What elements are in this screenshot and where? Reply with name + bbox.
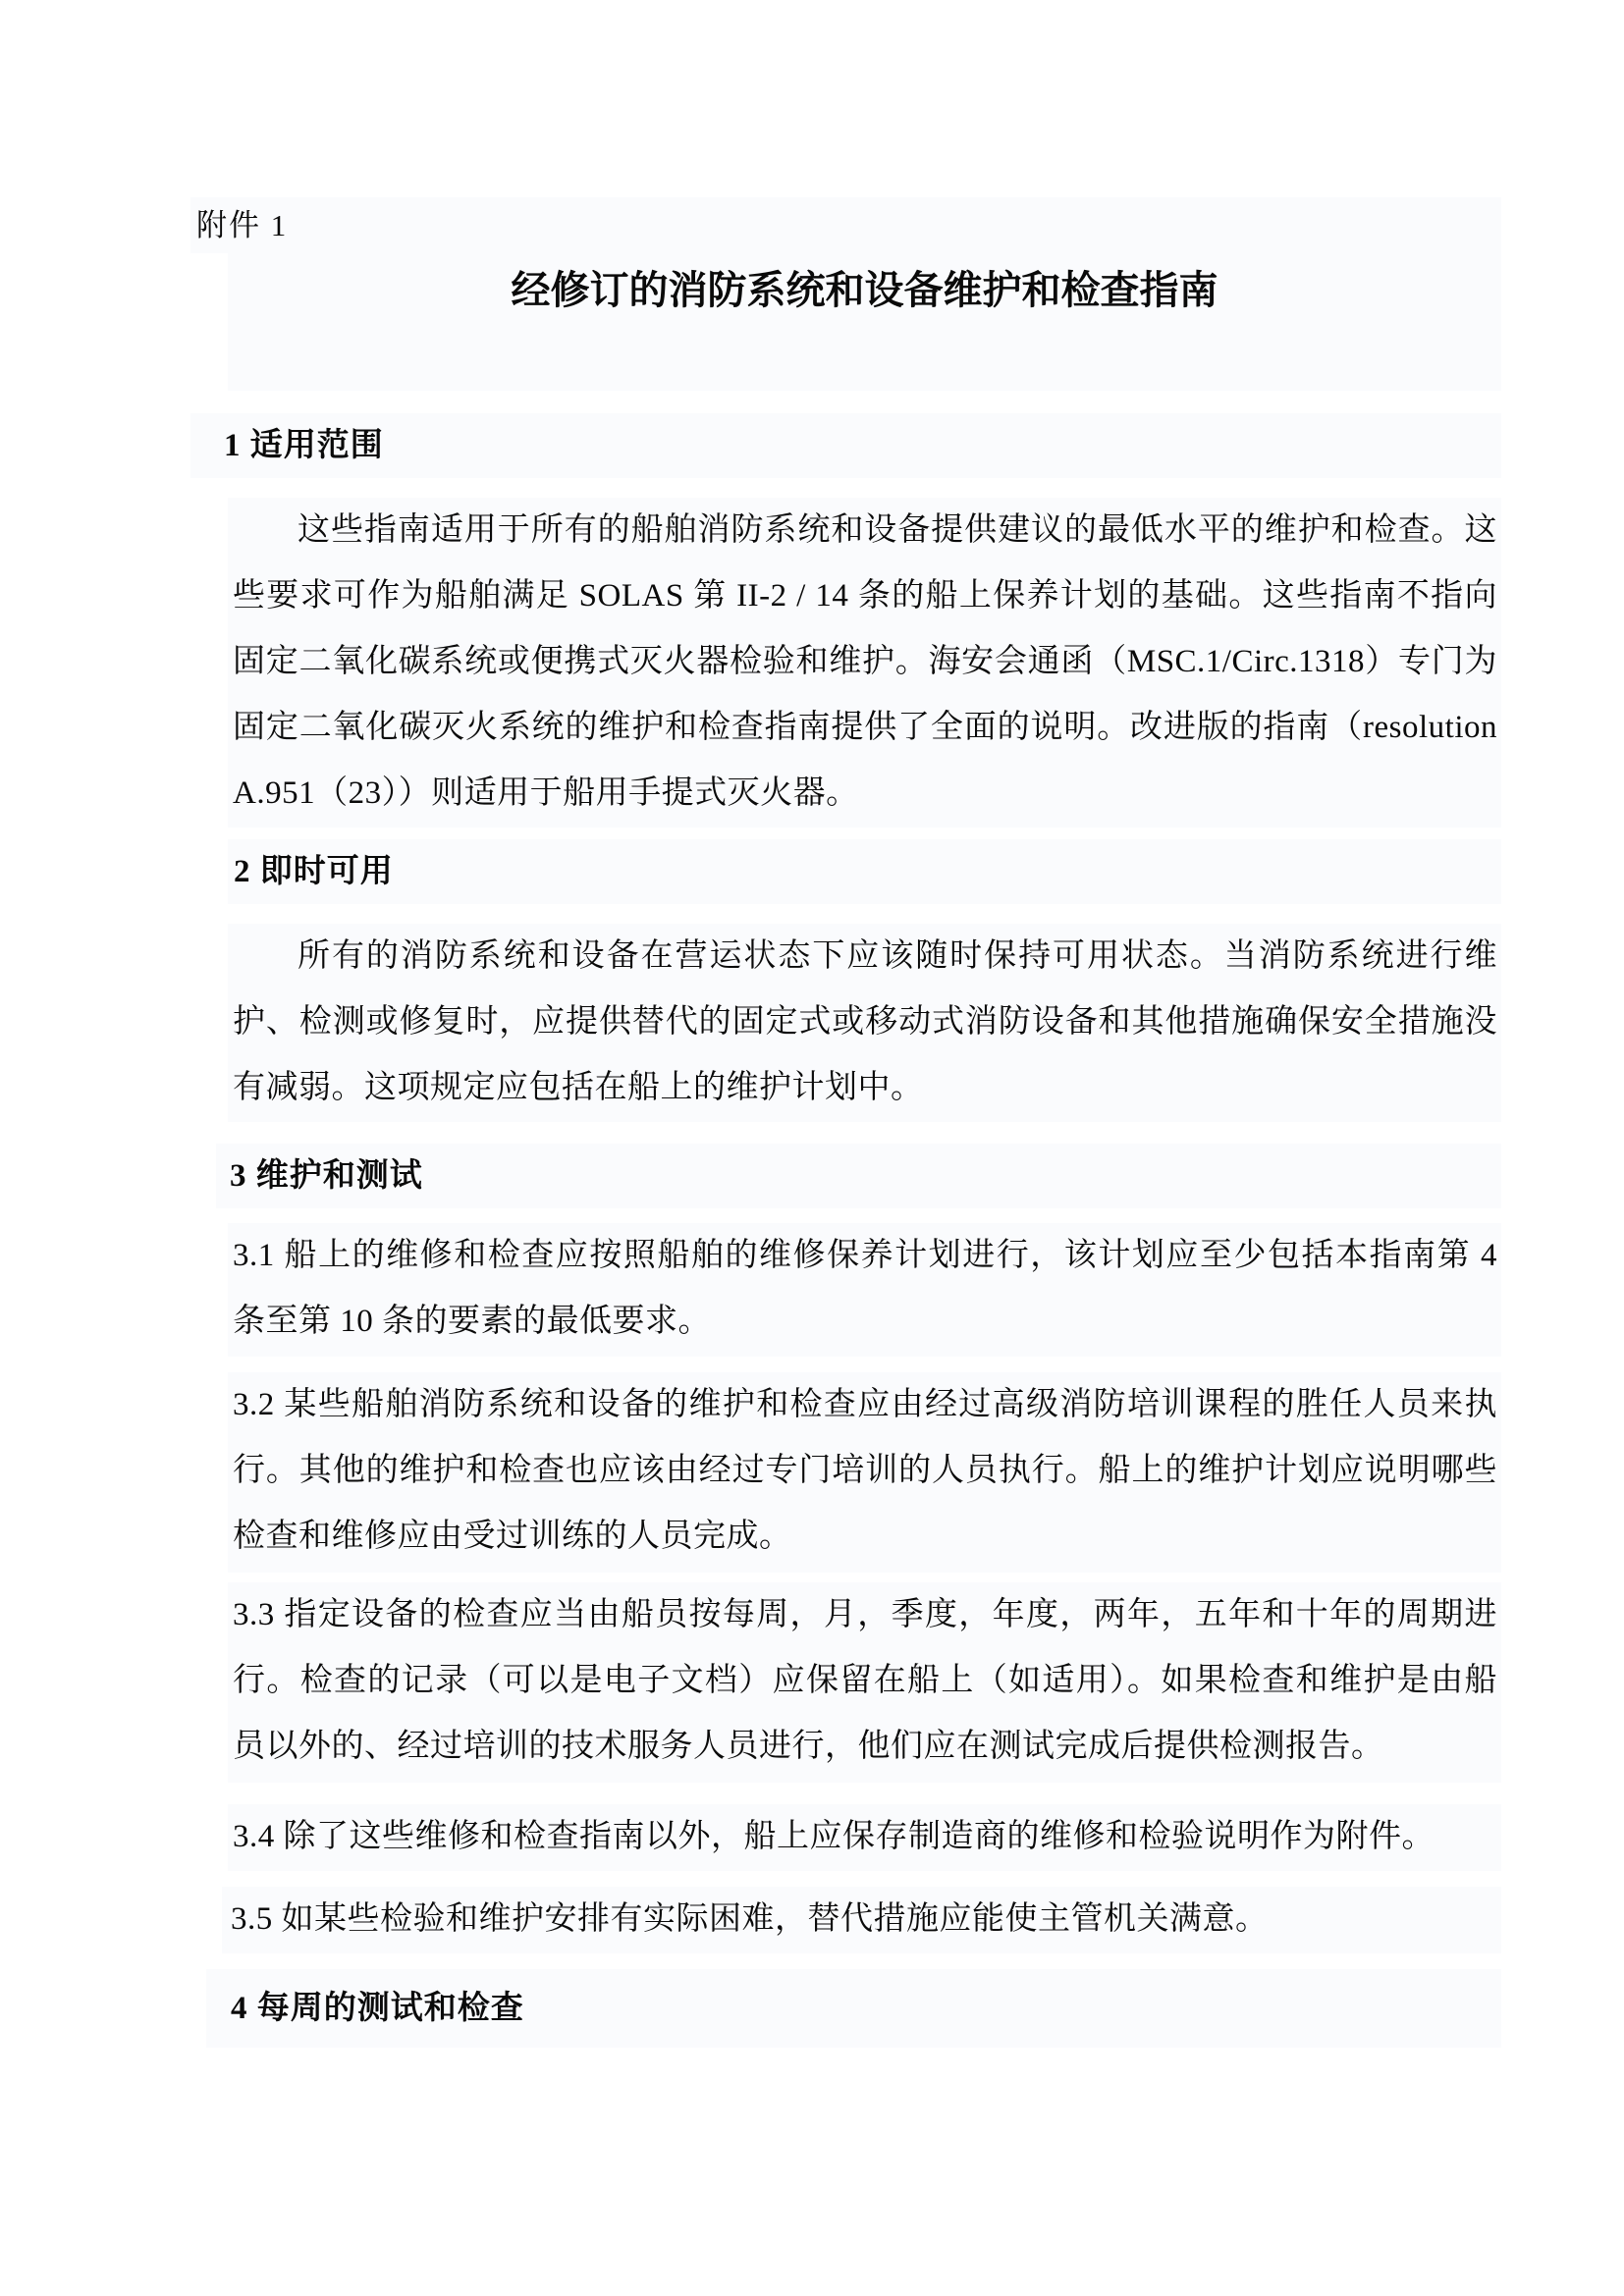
document-page: 附件 1 经修订的消防系统和设备维护和检查指南 1 适用范围 这些指南适用于所有… (0, 0, 1624, 2296)
paragraph-3-4: 3.4 除了这些维修和检查指南以外，船上应保存制造商的维修和检验说明作为附件。 (228, 1804, 1501, 1871)
document-title: 经修订的消防系统和设备维护和检查指南 (228, 253, 1501, 391)
paragraph-3-2: 3.2 某些船舶消防系统和设备的维护和检查应由经过高级消防培训课程的胜任人员来执… (228, 1372, 1501, 1573)
paragraph-scope: 这些指南适用于所有的船舶消防系统和设备提供建议的最低水平的维护和检查。这些要求可… (228, 498, 1501, 828)
paragraph-3-3: 3.3 指定设备的检查应当由船员按每周，月，季度，年度，两年，五年和十年的周期进… (228, 1582, 1501, 1783)
paragraph-3-5: 3.5 如某些检验和维护安排有实际困难，替代措施应能使主管机关满意。 (222, 1887, 1501, 1953)
section-heading-availability: 2 即时可用 (228, 839, 1501, 904)
attachment-label: 附件 1 (190, 197, 1501, 253)
section-heading-weekly-testing: 4 每周的测试和检查 (206, 1969, 1501, 2048)
section-heading-maintenance-testing: 3 维护和测试 (216, 1144, 1501, 1208)
paragraph-3-1: 3.1 船上的维修和检查应按照船舶的维修保养计划进行，该计划应至少包括本指南第 … (228, 1223, 1501, 1357)
section-heading-scope: 1 适用范围 (190, 413, 1501, 478)
paragraph-availability: 所有的消防系统和设备在营运状态下应该随时保持可用状态。当消防系统进行维护、检测或… (228, 924, 1501, 1122)
